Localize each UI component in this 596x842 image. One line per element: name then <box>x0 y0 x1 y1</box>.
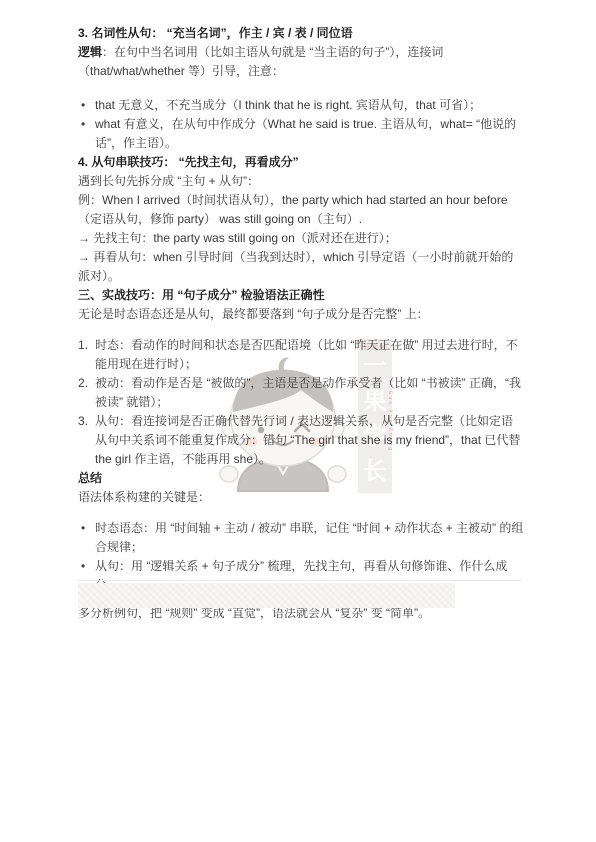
blurred-region <box>78 583 455 608</box>
paragraph-check-intro: 无论是时态语态还是从句，最终都要落到 “句子成分是否完整” 上： <box>78 305 524 324</box>
heading-noun-clause: 3. 名词性从句： “充当名词”，作主 / 宾 / 表 / 同位语 <box>78 24 524 43</box>
paragraph-logic: 逻辑：在句中当名词用（比如主语从句就是 “当主语的句子”），连接词 （that/… <box>78 43 524 81</box>
logic-text: ：在句中当名词用（比如主语从句就是 “当主语的句子”），连接词 （that/wh… <box>78 45 443 78</box>
list-item: 被动：看动作是否是 “被做的”，主语是否是动作承受者（比如 “书被读” 正确，“… <box>78 374 524 412</box>
list-item: that 无意义，不充当成分（I think that he is right.… <box>78 96 524 115</box>
paragraph-split-intro: 遇到长句先拆分成 “主句 + 从句”： <box>78 172 524 191</box>
paragraph-step-main-clause: → 先找主句：the party was still going on（派对还在… <box>78 229 524 248</box>
list-item: 时态：看动作的时间和状态是否匹配语境（比如 “昨天正在做” 用过去进行时，不能用… <box>78 336 524 374</box>
noun-clause-bullet-list: that 无意义，不充当成分（I think that he is right.… <box>78 96 524 153</box>
logic-label: 逻辑 <box>78 45 102 59</box>
list-item: 从句：看连接词是否正确代替先行词 / 表达逻辑关系，从句是否完整（比如定语从句中… <box>78 412 524 469</box>
paragraph-example: 例：When I arrived（时间状语从句），the party which… <box>78 191 524 229</box>
document-content: 3. 名词性从句： “充当名词”，作主 / 宾 / 表 / 同位语 逻辑：在句中… <box>78 24 524 623</box>
paragraph-summary-intro: 语法体系构建的关键是： <box>78 488 524 507</box>
heading-summary: 总结 <box>78 469 524 488</box>
heading-clause-technique: 4. 从句串联技巧： “先找主句，再看成分” <box>78 153 524 172</box>
heading-practical-technique: 三、实战技巧：用 “句子成分” 检验语法正确性 <box>78 286 524 305</box>
paragraph-step-sub-clause: → 再看从句：when 引导时间（当我到达时），which 引导定语（一小时前就… <box>78 248 524 286</box>
list-item: 时态语态：用 “时间轴 + 主动 / 被动” 串联，记住 “时间 + 动作状态 … <box>78 519 524 557</box>
list-item: what 有意义，在从句中作成分（What he said is true. 主… <box>78 115 524 153</box>
grammar-check-list: 时态：看动作的时间和状态是否匹配语境（比如 “昨天正在做” 用过去进行时，不能用… <box>78 336 524 469</box>
document-page: 公众号 一 果 学 长 Yi Guo Xue Zhang 3. 名词性从句： “… <box>0 0 596 842</box>
section-divider <box>78 580 521 581</box>
